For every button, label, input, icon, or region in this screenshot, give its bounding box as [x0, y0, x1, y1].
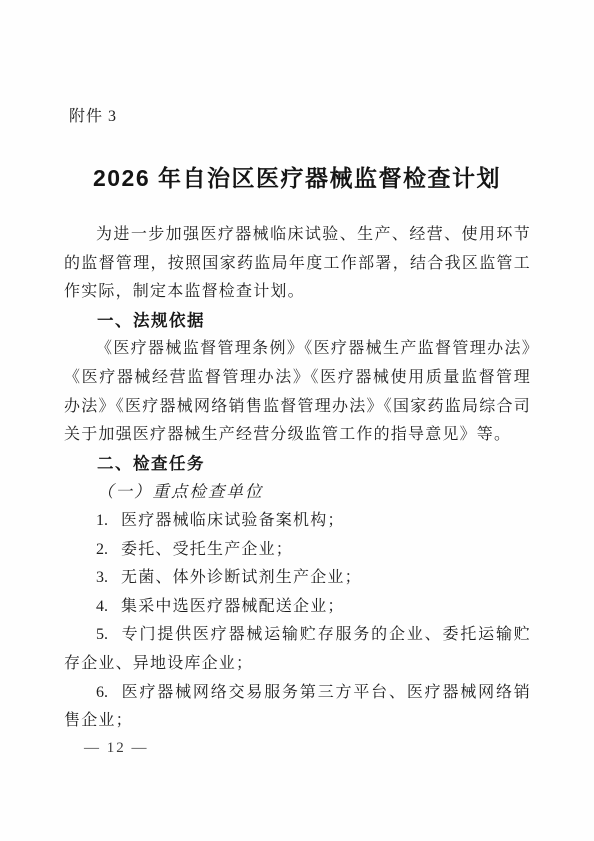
- list-item: 6.医疗器械网络交易服务第三方平台、医疗器械网络销售企业；: [64, 679, 531, 736]
- list-item-text: 无菌、体外诊断试剂生产企业；: [121, 569, 362, 586]
- attachment-label: 附件 3: [69, 103, 117, 126]
- list-item-text: 医疗器械临床试验备案机构；: [121, 512, 345, 529]
- list-item: 1.医疗器械临床试验备案机构；: [64, 507, 531, 536]
- list-item-number: 6.: [96, 684, 108, 701]
- list-item-number: 3.: [96, 569, 108, 586]
- document-body: 为进一步加强医疗器械临床试验、生产、经营、使用环节的监督管理，按照国家药监局年度…: [64, 221, 531, 736]
- page-title: 2026 年自治区医疗器械监督检查计划: [0, 160, 594, 193]
- list-item-number: 4.: [96, 598, 108, 615]
- intro-paragraph: 为进一步加强医疗器械临床试验、生产、经营、使用环节的监督管理，按照国家药监局年度…: [64, 221, 531, 307]
- document-page: 附件 3 2026 年自治区医疗器械监督检查计划 为进一步加强医疗器械临床试验、…: [0, 0, 594, 841]
- section-1-heading: 一、法规依据: [64, 307, 531, 336]
- section-2-subheading: （一）重点检查单位: [64, 478, 531, 507]
- list-item-text: 专门提供医疗器械运输贮存服务的企业、委托运输贮存企业、异地设库企业；: [64, 626, 531, 672]
- list-item-text: 医疗器械网络交易服务第三方平台、医疗器械网络销售企业；: [64, 684, 531, 730]
- page-number: — 12 —: [84, 740, 149, 757]
- list-item: 4.集采中选医疗器械配送企业；: [64, 593, 531, 622]
- list-item: 3.无菌、体外诊断试剂生产企业；: [64, 564, 531, 593]
- list-item: 2.委托、受托生产企业；: [64, 536, 531, 565]
- list-item: 5.专门提供医疗器械运输贮存服务的企业、委托运输贮存企业、异地设库企业；: [64, 621, 531, 678]
- list-item-number: 2.: [96, 541, 108, 558]
- list-item-number: 1.: [96, 512, 108, 529]
- list-item-text: 委托、受托生产企业；: [121, 541, 293, 558]
- section-2-heading: 二、检查任务: [64, 450, 531, 479]
- section-1-paragraph: 《医疗器械监督管理条例》《医疗器械生产监督管理办法》《医疗器械经营监督管理办法》…: [64, 335, 531, 449]
- list-item-text: 集采中选医疗器械配送企业；: [121, 598, 345, 615]
- list-item-number: 5.: [96, 626, 108, 643]
